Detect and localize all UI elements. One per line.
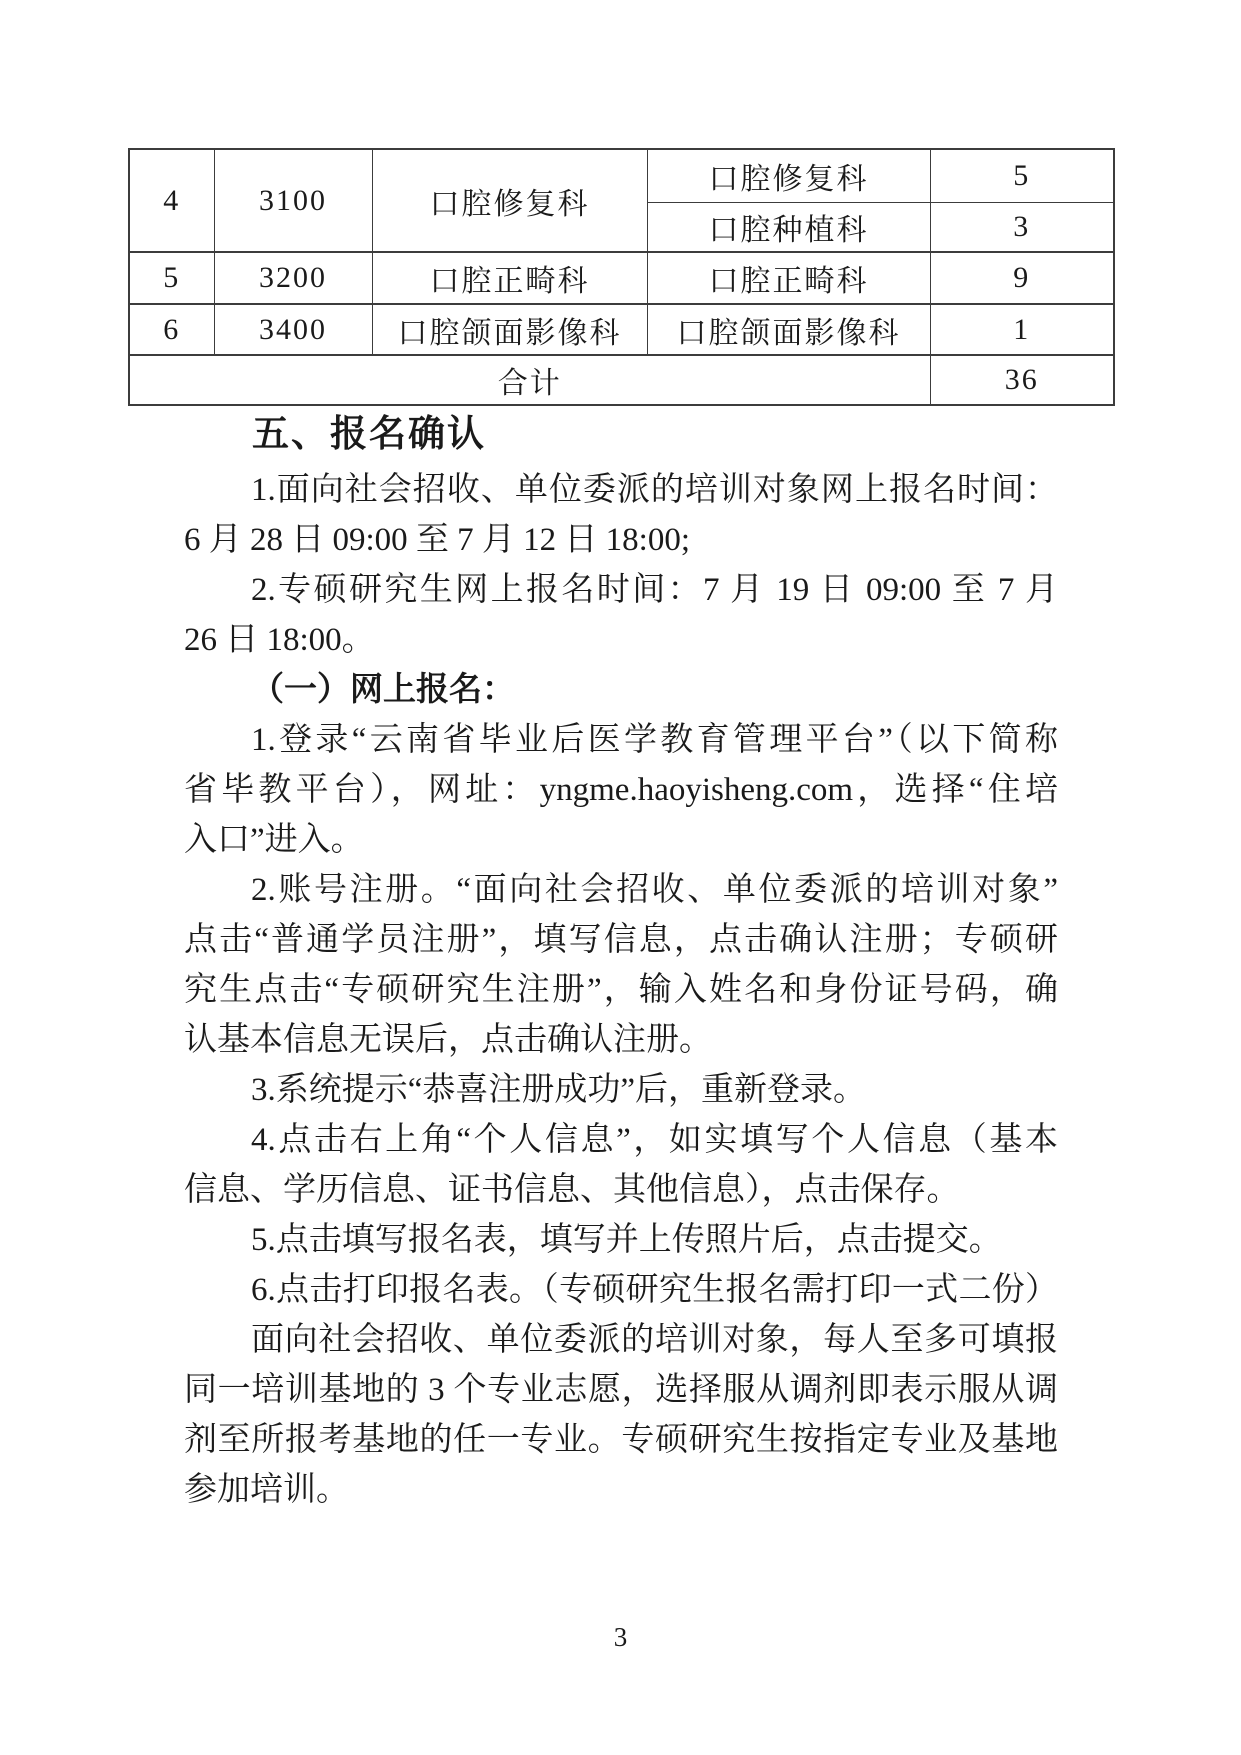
cell-total-label: 合计 xyxy=(129,355,930,405)
text-line: 认基本信息无误后，点击确认注册。 xyxy=(184,1015,1058,1065)
cell-code: 3400 xyxy=(214,304,372,355)
text-line: 同一培训基地的 3 个专业志愿，选择服从调剂即表示服从调 xyxy=(184,1365,1058,1415)
table-row: 63400口腔颌面影像科口腔颌面影像科1 xyxy=(129,304,1114,355)
cell-major: 口腔修复科 xyxy=(372,149,647,252)
page-number: 3 xyxy=(0,1622,1241,1653)
sub-heading-line: （一）网上报名： xyxy=(184,665,1058,715)
text-line: 4.点击右上角“个人信息”，如实填写个人信息（基本 xyxy=(184,1115,1058,1165)
cell-quota: 5 xyxy=(930,149,1114,202)
cell-department: 口腔正畸科 xyxy=(647,252,930,304)
cell-quota: 1 xyxy=(930,304,1114,355)
text-line: 究生点击“专硕研究生注册”，输入姓名和身份证号码，确 xyxy=(184,965,1058,1015)
cell-index: 4 xyxy=(129,149,214,252)
section-heading: 五、报名确认 xyxy=(252,406,486,462)
text-line: 参加培训。 xyxy=(184,1465,1058,1515)
text-line: 入口”进入。 xyxy=(184,815,1058,865)
cell-department: 口腔种植科 xyxy=(647,202,930,252)
text-line: 5.点击填写报名表，填写并上传照片后，点击提交。 xyxy=(184,1215,1058,1265)
table-row: 53200口腔正畸科口腔正畸科9 xyxy=(129,252,1114,304)
text-line: 省毕教平台），网址：yngme.haoyisheng.com，选择“住培 xyxy=(184,765,1058,815)
text-line: 1.面向社会招收、单位委派的培训对象网上报名时间： xyxy=(184,465,1058,515)
body-text: 1.面向社会招收、单位委派的培训对象网上报名时间：6 月 28 日 09:00 … xyxy=(184,465,1058,1515)
cell-quota: 9 xyxy=(930,252,1114,304)
table-total-row: 合计36 xyxy=(129,355,1114,405)
document-page: 43100口腔修复科口腔修复科5口腔种植科353200口腔正畸科口腔正畸科963… xyxy=(0,0,1241,1755)
table-row: 43100口腔修复科口腔修复科5 xyxy=(129,149,1114,202)
cell-code: 3200 xyxy=(214,252,372,304)
cell-department: 口腔修复科 xyxy=(647,149,930,202)
cell-total-value: 36 xyxy=(930,355,1114,405)
text-line: 1.登录“云南省毕业后医学教育管理平台”（以下简称 xyxy=(184,715,1058,765)
cell-major: 口腔正畸科 xyxy=(372,252,647,304)
cell-index: 6 xyxy=(129,304,214,355)
cell-department: 口腔颌面影像科 xyxy=(647,304,930,355)
text-line: 6.点击打印报名表。（专硕研究生报名需打印一式二份） xyxy=(184,1265,1058,1315)
text-line: 剂至所报考基地的任一专业。专硕研究生按指定专业及基地 xyxy=(184,1415,1058,1465)
cell-major: 口腔颌面影像科 xyxy=(372,304,647,355)
text-line: 点击“普通学员注册”，填写信息，点击确认注册；专硕研 xyxy=(184,915,1058,965)
cell-quota: 3 xyxy=(930,202,1114,252)
text-line: 3.系统提示“恭喜注册成功”后，重新登录。 xyxy=(184,1065,1058,1115)
text-line: 信息、学历信息、证书信息、其他信息），点击保存。 xyxy=(184,1165,1058,1215)
text-line: 面向社会招收、单位委派的培训对象，每人至多可填报 xyxy=(184,1315,1058,1365)
text-line: 6 月 28 日 09:00 至 7 月 12 日 18:00; xyxy=(184,515,1058,565)
text-line: 2.专硕研究生网上报名时间：7 月 19 日 09:00 至 7 月 xyxy=(184,565,1058,615)
quota-table: 43100口腔修复科口腔修复科5口腔种植科353200口腔正畸科口腔正畸科963… xyxy=(128,148,1115,406)
text-line: 2.账号注册。“面向社会招收、单位委派的培训对象” xyxy=(184,865,1058,915)
cell-index: 5 xyxy=(129,252,214,304)
text-line: 26 日 18:00。 xyxy=(184,615,1058,665)
cell-code: 3100 xyxy=(214,149,372,252)
